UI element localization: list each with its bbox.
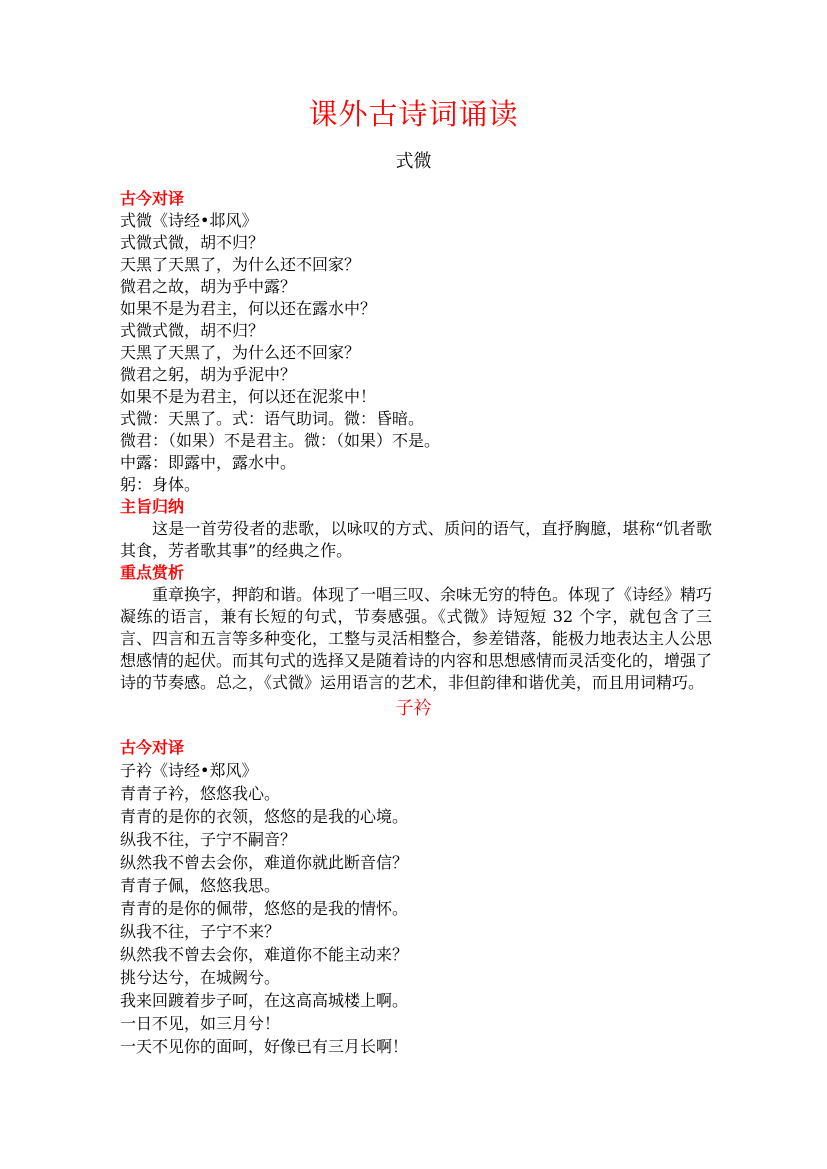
document-page: 课外古诗词诵读 式微 古今对译 式微《诗经•邶风》 式微式微，胡不归？ 天黑了天…	[0, 0, 827, 1169]
poem-line: 青青的是你的衣领，悠悠的是我的心境。	[120, 805, 712, 828]
summary-paragraph: 这是一首劳役者的悲歌，以咏叹的方式、质问的语气，直抒胸臆，堪称“饥者歌其食，芳者…	[120, 518, 712, 562]
analysis-paragraph: 重章换字，押韵和谐。体现了一唱三叹、余味无穷的特色。体现了《诗经》精巧凝练的语言…	[120, 584, 712, 694]
poem-line: 如果不是为君主，何以还在露水中？	[120, 298, 712, 320]
annotation-line: 微君：（如果）不是君主。微：（如果）不是。	[120, 430, 712, 452]
poem-line: 天黑了天黑了，为什么还不回家？	[120, 254, 712, 276]
annotation-line: 式微：天黑了。式：语气助词。微：昏暗。	[120, 408, 712, 430]
heading-analysis: 重点赏析	[120, 562, 712, 584]
poem-line: 青青子佩，悠悠我思。	[120, 874, 712, 897]
poem-line: 纵我不往，子宁不来？	[120, 920, 712, 943]
zijin-content: 古今对译 子衿《诗经•郑风》 青青子衿，悠悠我心。 青青的是你的衣领，悠悠的是我…	[120, 736, 712, 1058]
poem-title-zijin: 子衿	[0, 696, 827, 722]
poem-line: 纵然我不曾去会你，难道你就此断音信？	[120, 851, 712, 874]
poem-line: 一日不见，如三月兮！	[120, 1012, 712, 1035]
annotation-line: 中露：即露中，露水中。	[120, 452, 712, 474]
poem-line: 天黑了天黑了，为什么还不回家？	[120, 342, 712, 364]
poem-line: 微君之故，胡为乎中露？	[120, 276, 712, 298]
section-zijin: 子衿 古今对译 子衿《诗经•郑风》 青青子衿，悠悠我心。 青青的是你的衣领，悠悠…	[0, 696, 827, 1058]
annotation-line: 躬：身体。	[120, 474, 712, 496]
poem-line: 子衿《诗经•郑风》	[120, 759, 712, 782]
document-title: 课外古诗词诵读	[0, 0, 827, 133]
poem-line: 青青子衿，悠悠我心。	[120, 782, 712, 805]
poem-line: 挑兮达兮，在城阙兮。	[120, 966, 712, 989]
poem-line: 式微式微，胡不归？	[120, 232, 712, 254]
heading-summary: 主旨归纳	[120, 496, 712, 518]
poem-line: 一天不见你的面呵，好像已有三月长啊！	[120, 1035, 712, 1058]
poem-line: 纵然我不曾去会你，难道你不能主动来？	[120, 943, 712, 966]
heading-translation-zijin: 古今对译	[120, 736, 712, 759]
poem-line: 式微《诗经•邶风》	[120, 210, 712, 232]
poem-title-shiwei: 式微	[0, 149, 827, 175]
section-shiwei: 式微 古今对译 式微《诗经•邶风》 式微式微，胡不归？ 天黑了天黑了，为什么还不…	[0, 149, 827, 694]
heading-translation-shiwei: 古今对译	[120, 188, 712, 210]
poem-line: 如果不是为君主，何以还在泥浆中！	[120, 386, 712, 408]
poem-line: 我来回踱着步子呵，在这高高城楼上啊。	[120, 989, 712, 1012]
poem-line: 纵我不往，子宁不嗣音？	[120, 828, 712, 851]
poem-line: 青青的是你的佩带，悠悠的是我的情怀。	[120, 897, 712, 920]
poem-line: 式微式微，胡不归？	[120, 320, 712, 342]
shiwei-content: 古今对译 式微《诗经•邶风》 式微式微，胡不归？ 天黑了天黑了，为什么还不回家？…	[120, 188, 712, 694]
poem-line: 微君之躬，胡为乎泥中？	[120, 364, 712, 386]
